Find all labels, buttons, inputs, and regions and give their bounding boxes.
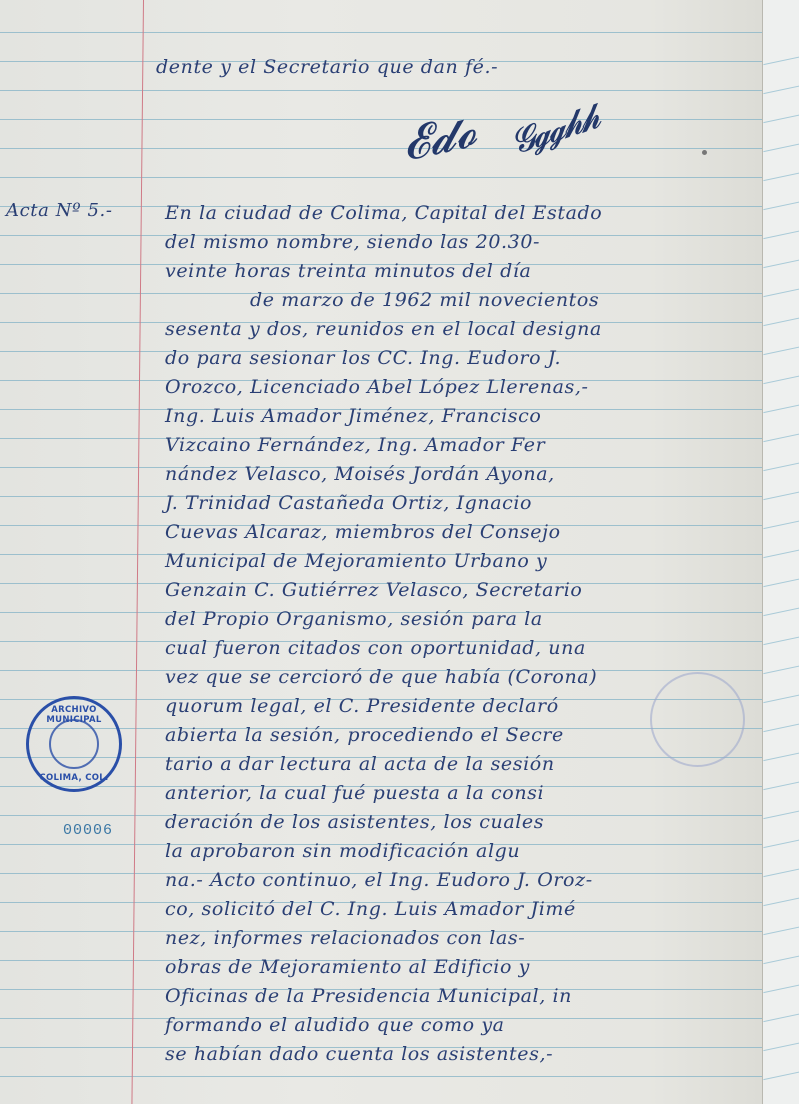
ruled-line bbox=[763, 839, 799, 848]
ruled-line bbox=[763, 607, 799, 616]
signatures-area: 𝓔𝓭𝓸 𝓖𝓰𝓰𝓱𝓱 bbox=[380, 100, 640, 190]
ruled-line bbox=[763, 375, 799, 384]
handwritten-line: dente y el Secretario que dan fé.- bbox=[156, 56, 746, 78]
handwritten-line: En la ciudad de Colima, Capital del Esta… bbox=[165, 202, 755, 224]
handwritten-line: veinte horas treinta minutos del día bbox=[165, 260, 755, 282]
ruled-line bbox=[763, 752, 799, 761]
handwritten-line: la aprobaron sin modificación algu bbox=[165, 840, 755, 862]
handwritten-line: cual fueron citados con oportunidad, una bbox=[165, 637, 755, 659]
handwritten-line: del mismo nombre, siendo las 20.30- bbox=[165, 231, 755, 253]
handwritten-line: do para sesionar los CC. Ing. Eudoro J. bbox=[165, 347, 755, 369]
handwritten-line: obras de Mejoramiento al Edificio y bbox=[165, 956, 755, 978]
handwritten-line: co, solicitó del C. Ing. Luis Amador Jim… bbox=[165, 898, 755, 920]
ruled-line bbox=[763, 810, 799, 819]
handwritten-line: se habían dado cuenta los asistentes,- bbox=[165, 1043, 755, 1065]
handwritten-line: del Propio Organismo, sesión para la bbox=[165, 608, 755, 630]
ruled-line bbox=[763, 143, 799, 152]
ruled-line bbox=[763, 346, 799, 355]
handwritten-line: anterior, la cual fué puesta a la consi bbox=[165, 782, 755, 804]
handwritten-line: nández Velasco, Moisés Jordán Ayona, bbox=[165, 463, 755, 485]
red-margin-line bbox=[131, 0, 144, 1104]
ruled-line bbox=[763, 723, 799, 732]
ruled-line bbox=[763, 984, 799, 993]
handwritten-line: formando el aludido que como ya bbox=[165, 1014, 755, 1036]
ruled-line bbox=[763, 56, 799, 65]
ruled-line bbox=[763, 926, 799, 935]
ruled-line bbox=[763, 549, 799, 558]
adjacent-page-edge bbox=[762, 0, 799, 1104]
folio-number: 00006 bbox=[63, 822, 113, 839]
ruled-line bbox=[763, 955, 799, 964]
handwritten-line: nez, informes relacionados con las- bbox=[165, 927, 755, 949]
signature-right: 𝓖𝓰𝓰𝓱𝓱 bbox=[506, 97, 602, 162]
ruled-line bbox=[763, 578, 799, 587]
ruled-line bbox=[763, 172, 799, 181]
faint-seal-impression bbox=[650, 672, 745, 767]
ruled-line bbox=[763, 288, 799, 297]
ruled-line bbox=[763, 462, 799, 471]
handwritten-line: Municipal de Mejoramiento Urbano y bbox=[165, 550, 755, 572]
ruled-line bbox=[763, 259, 799, 268]
handwritten-line: Vizcaino Fernández, Ing. Amador Fer bbox=[165, 434, 755, 456]
ruled-line bbox=[763, 665, 799, 674]
handwritten-line: Ing. Luis Amador Jiménez, Francisco bbox=[165, 405, 755, 427]
ruled-line bbox=[763, 491, 799, 500]
ruled-line bbox=[763, 1042, 799, 1051]
ruled-line bbox=[763, 636, 799, 645]
ruled-line bbox=[0, 32, 762, 33]
ruled-line bbox=[763, 433, 799, 442]
ruled-line bbox=[763, 85, 799, 94]
handwritten-line: Cuevas Alcaraz, miembros del Consejo bbox=[165, 521, 755, 543]
handwritten-line: Oficinas de la Presidencia Municipal, in bbox=[165, 985, 755, 1007]
paper-mark bbox=[702, 150, 707, 155]
signature-left: 𝓔𝓭𝓸 bbox=[397, 103, 481, 173]
ruled-line bbox=[0, 90, 762, 91]
ruled-line bbox=[763, 520, 799, 529]
ruled-line bbox=[763, 317, 799, 326]
handwritten-line: de marzo de 1962 mil novecientos bbox=[250, 289, 762, 311]
handwritten-line: Genzain C. Gutiérrez Velasco, Secretario bbox=[165, 579, 755, 601]
ruled-line bbox=[763, 781, 799, 790]
stamp-inner-ring bbox=[49, 719, 99, 769]
archivo-municipal-stamp: ARCHIVO MUNICIPAL COLIMA, COL. bbox=[26, 696, 122, 792]
handwritten-line: Orozco, Licenciado Abel López Llerenas,- bbox=[165, 376, 755, 398]
ruled-line bbox=[763, 1013, 799, 1022]
handwritten-line: J. Trinidad Castañeda Ortiz, Ignacio bbox=[165, 492, 755, 514]
acta-number-label: Acta Nº 5.- bbox=[6, 200, 113, 221]
ruled-line bbox=[763, 404, 799, 413]
ruled-line bbox=[763, 114, 799, 123]
ruled-line bbox=[763, 1071, 799, 1080]
ruled-line bbox=[763, 201, 799, 210]
ledger-page: Acta Nº 5.- dente y el Secretario que da… bbox=[0, 0, 762, 1104]
ruled-line bbox=[763, 868, 799, 877]
ruled-line bbox=[763, 897, 799, 906]
handwritten-line: na.- Acto continuo, el Ing. Eudoro J. Or… bbox=[165, 869, 755, 891]
ruled-line bbox=[763, 230, 799, 239]
handwritten-line: sesenta y dos, reunidos en el local desi… bbox=[165, 318, 755, 340]
ruled-line bbox=[763, 694, 799, 703]
ruled-line bbox=[0, 1076, 762, 1077]
handwritten-line: deración de los asistentes, los cuales bbox=[165, 811, 755, 833]
